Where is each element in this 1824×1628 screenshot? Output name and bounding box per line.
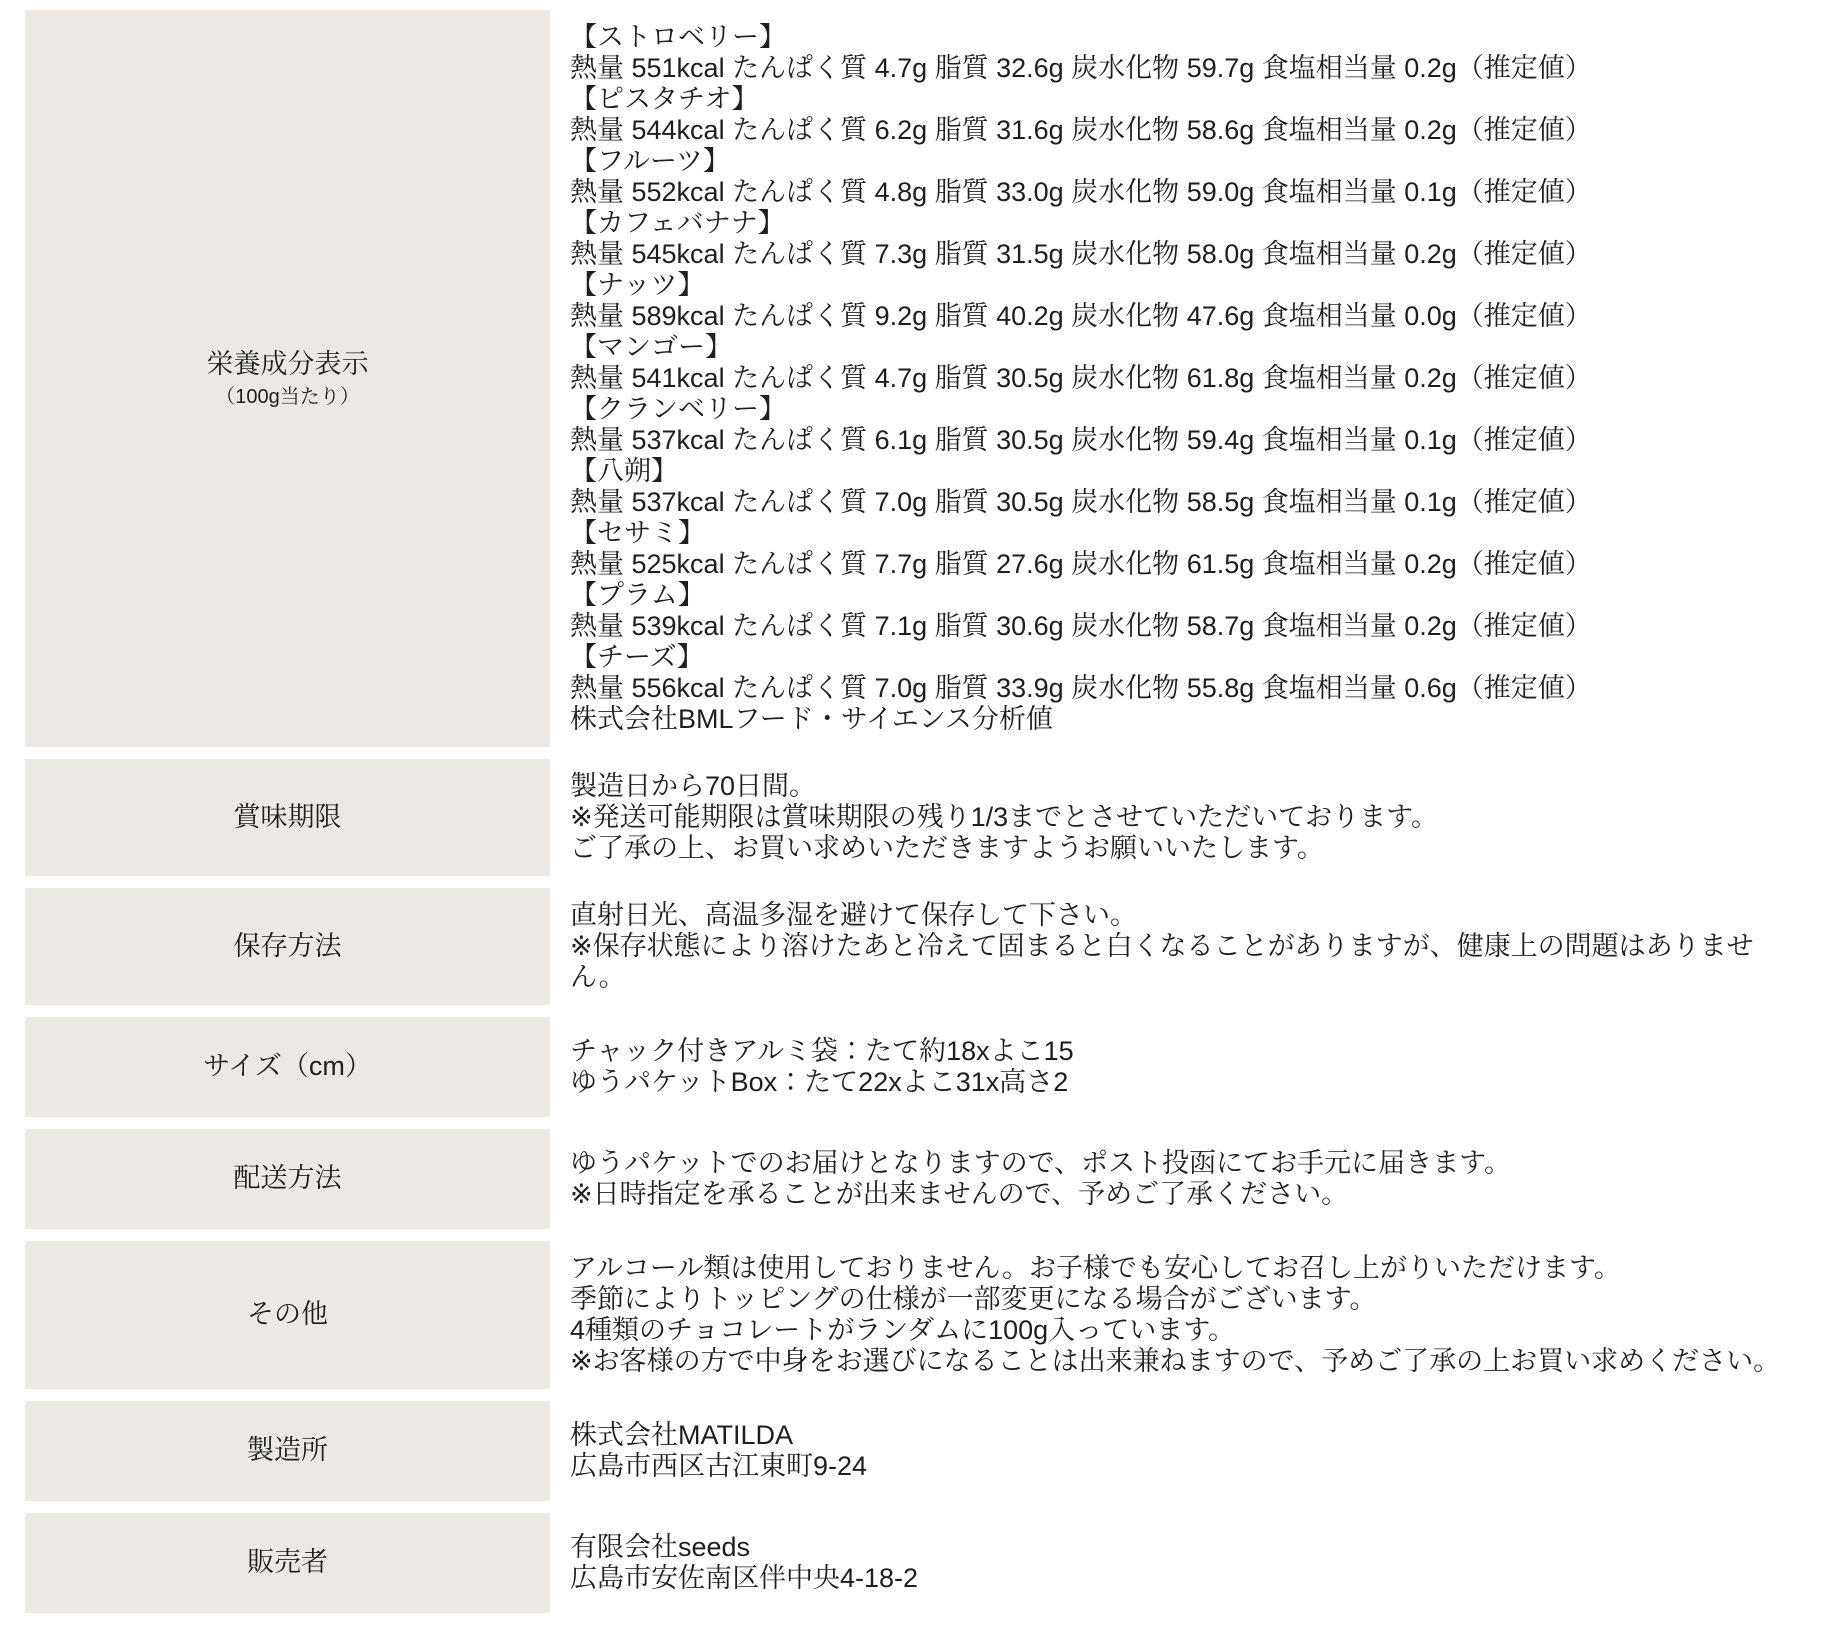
row-value-nutrition: 【ストロベリー】 熱量 551kcal たんぱく質 4.7g 脂質 32.6g … xyxy=(550,10,1812,747)
row-label-text: 製造所 xyxy=(247,1433,328,1468)
spec-row-other: その他 アルコール類は使用しておりません。お子様でも安心してお召し上がりいただけ… xyxy=(25,1241,1812,1389)
spec-row-expiry: 賞味期限 製造日から70日間。 ※発送可能期限は賞味期限の残り1/3までとさせて… xyxy=(25,759,1812,876)
row-value-seller: 有限会社seeds 広島市安佐南区伴中央4-18-2 xyxy=(550,1513,1812,1613)
row-label-text: サイズ（cm） xyxy=(203,1049,372,1084)
spec-row-storage: 保存方法 直射日光、高温多湿を避けて保存して下さい。 ※保存状態により溶けたあと… xyxy=(25,888,1812,1005)
row-label-shipping: 配送方法 xyxy=(25,1129,550,1229)
row-label-text: 賞味期限 xyxy=(234,800,342,835)
size-text: チャック付きアルミ袋：たて約18xよこ15 ゆうパケットBox：たて22xよこ3… xyxy=(570,1036,1074,1098)
spec-row-manufacturer: 製造所 株式会社MATILDA 広島市西区古江東町9-24 xyxy=(25,1401,1812,1501)
other-text: アルコール類は使用しておりません。お子様でも安心してお召し上がりいただけます。 … xyxy=(570,1253,1780,1377)
row-label-text: 販売者 xyxy=(247,1545,328,1580)
row-label-text: 保存方法 xyxy=(234,929,342,964)
expiry-text: 製造日から70日間。 ※発送可能期限は賞味期限の残り1/3までとさせていただいて… xyxy=(570,771,1438,864)
row-value-expiry: 製造日から70日間。 ※発送可能期限は賞味期限の残り1/3までとさせていただいて… xyxy=(550,759,1812,876)
row-label-storage: 保存方法 xyxy=(25,888,550,1005)
spec-row-shipping: 配送方法 ゆうパケットでのお届けとなりますので、ポスト投函にてお手元に届きます。… xyxy=(25,1129,1812,1229)
manufacturer-text: 株式会社MATILDA 広島市西区古江東町9-24 xyxy=(570,1420,867,1482)
spec-row-seller: 販売者 有限会社seeds 広島市安佐南区伴中央4-18-2 xyxy=(25,1513,1812,1613)
row-label-other: その他 xyxy=(25,1241,550,1389)
row-label-seller: 販売者 xyxy=(25,1513,550,1613)
row-label-text: 配送方法 xyxy=(234,1161,342,1196)
row-label-text: 栄養成分表示 xyxy=(207,347,369,382)
spec-row-nutrition: 栄養成分表示 （100g当たり） 【ストロベリー】 熱量 551kcal たんぱ… xyxy=(25,10,1812,747)
product-spec-page: { "styles": { "label_background": "#ece9… xyxy=(0,0,1824,1628)
row-value-size: チャック付きアルミ袋：たて約18xよこ15 ゆうパケットBox：たて22xよこ3… xyxy=(550,1017,1812,1117)
nutrition-lines: 【ストロベリー】 熱量 551kcal たんぱく質 4.7g 脂質 32.6g … xyxy=(570,22,1592,735)
shipping-text: ゆうパケットでのお届けとなりますので、ポスト投函にてお手元に届きます。 ※日時指… xyxy=(570,1148,1511,1210)
product-spec-table: 栄養成分表示 （100g当たり） 【ストロベリー】 熱量 551kcal たんぱ… xyxy=(0,0,1824,1613)
row-value-shipping: ゆうパケットでのお届けとなりますので、ポスト投函にてお手元に届きます。 ※日時指… xyxy=(550,1129,1812,1229)
row-label-subtext: （100g当たり） xyxy=(215,384,360,410)
row-value-manufacturer: 株式会社MATILDA 広島市西区古江東町9-24 xyxy=(550,1401,1812,1501)
row-label-nutrition: 栄養成分表示 （100g当たり） xyxy=(25,10,550,747)
row-value-storage: 直射日光、高温多湿を避けて保存して下さい。 ※保存状態により溶けたあと冷えて固ま… xyxy=(550,888,1812,1005)
seller-text: 有限会社seeds 広島市安佐南区伴中央4-18-2 xyxy=(570,1532,918,1594)
spec-row-size: サイズ（cm） チャック付きアルミ袋：たて約18xよこ15 ゆうパケットBox：… xyxy=(25,1017,1812,1117)
row-label-text: その他 xyxy=(247,1297,328,1332)
storage-text: 直射日光、高温多湿を避けて保存して下さい。 ※保存状態により溶けたあと冷えて固ま… xyxy=(570,900,1808,993)
row-value-other: アルコール類は使用しておりません。お子様でも安心してお召し上がりいただけます。 … xyxy=(550,1241,1812,1389)
row-label-size: サイズ（cm） xyxy=(25,1017,550,1117)
row-label-expiry: 賞味期限 xyxy=(25,759,550,876)
row-label-manufacturer: 製造所 xyxy=(25,1401,550,1501)
